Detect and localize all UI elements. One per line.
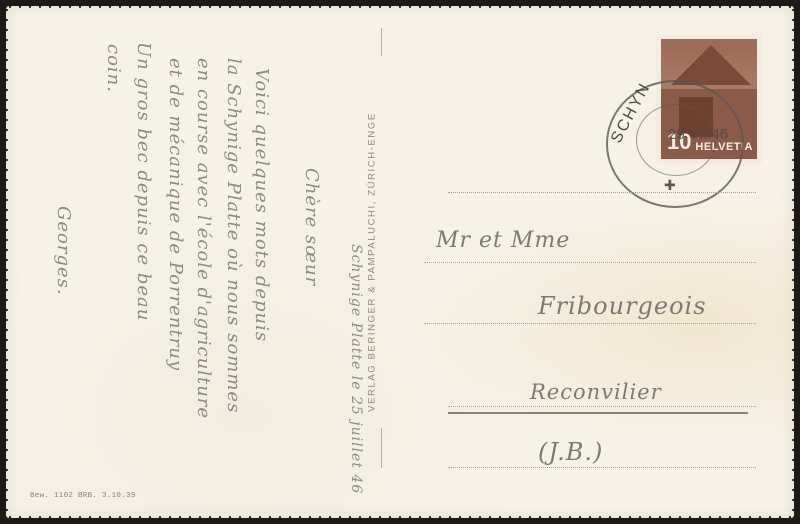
address-rule-3 [448,406,756,407]
address-rule-4 [448,467,756,468]
address-recipient: Mr et Mme [436,228,570,253]
publisher-imprint: VERLAG BERINGER & PAMPALUCHI, ZÜRICH-ENG… [367,112,378,412]
center-divider-top [381,28,382,56]
message-line-2: la Schynige Platte où nous sommes [223,58,244,413]
message-line-6: coin. [103,44,124,93]
center-divider-bottom [381,428,382,468]
postmark-date: 25.VII.46 [668,126,728,143]
address-underline [448,412,748,414]
print-code: Bew. 1102 BRB. 3.10.39 [30,492,136,500]
message-line-5: Un gros bec depuis ce beau [133,42,154,321]
address-rule-0 [448,192,756,193]
address-region: (J.B.) [538,438,603,466]
message-salutation: Chère sœur [301,168,322,286]
address-town: Reconvilier [530,380,662,404]
message-line-4: et de mécanique de Porrentruy [165,58,186,371]
deckle-edge-right [792,0,800,524]
mountain-icon [671,45,751,85]
message-signature: Georges. [53,206,74,296]
message-place-date: Schynige Platte le 25 juillet 46 [348,244,364,494]
message-line-1: Voici quelques mots depuis [251,68,272,342]
deckle-edge-left [0,0,8,524]
address-name: Fribourgeois [538,292,707,320]
message-line-3: en course avec l'école d'agriculture [193,58,214,419]
deckle-edge-bottom [0,516,800,524]
address-rule-1 [424,262,756,263]
address-rule-2 [424,323,756,324]
deckle-edge-top [0,0,800,8]
